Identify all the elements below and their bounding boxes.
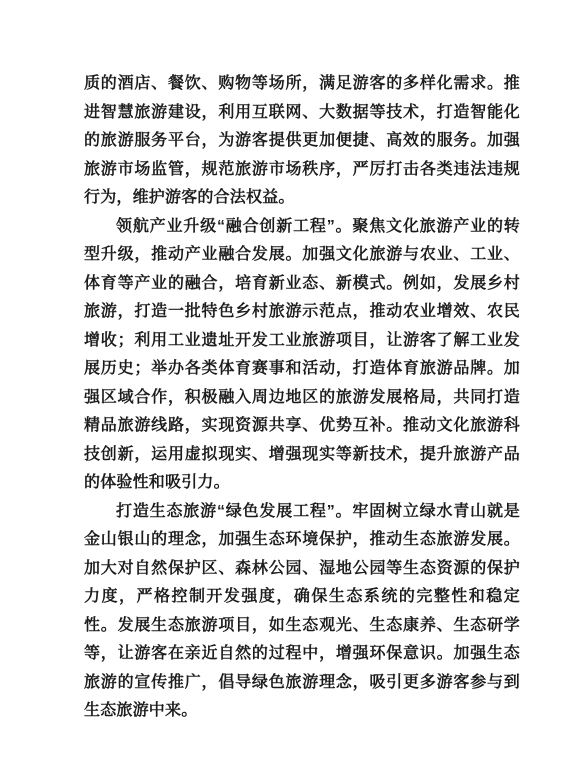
document-page: 质的酒店、餐饮、购物等场所，满足游客的多样化需求。推进智慧旅游建设，利用互联网、…: [0, 0, 586, 759]
paragraph-3: 打造生态旅游“绿色发展工程”。牢固树立绿水青山就是金山银山的理念，加强生态环境保…: [84, 498, 520, 726]
paragraph-1: 质的酒店、餐饮、购物等场所，满足游客的多样化需求。推进智慧旅游建设，利用互联网、…: [84, 70, 520, 213]
document-body: 质的酒店、餐饮、购物等场所，满足游客的多样化需求。推进智慧旅游建设，利用互联网、…: [84, 70, 520, 726]
paragraph-2: 领航产业升级“融合创新工程”。聚焦文化旅游产业的转型升级，推动产业融合发展。加强…: [84, 213, 520, 498]
